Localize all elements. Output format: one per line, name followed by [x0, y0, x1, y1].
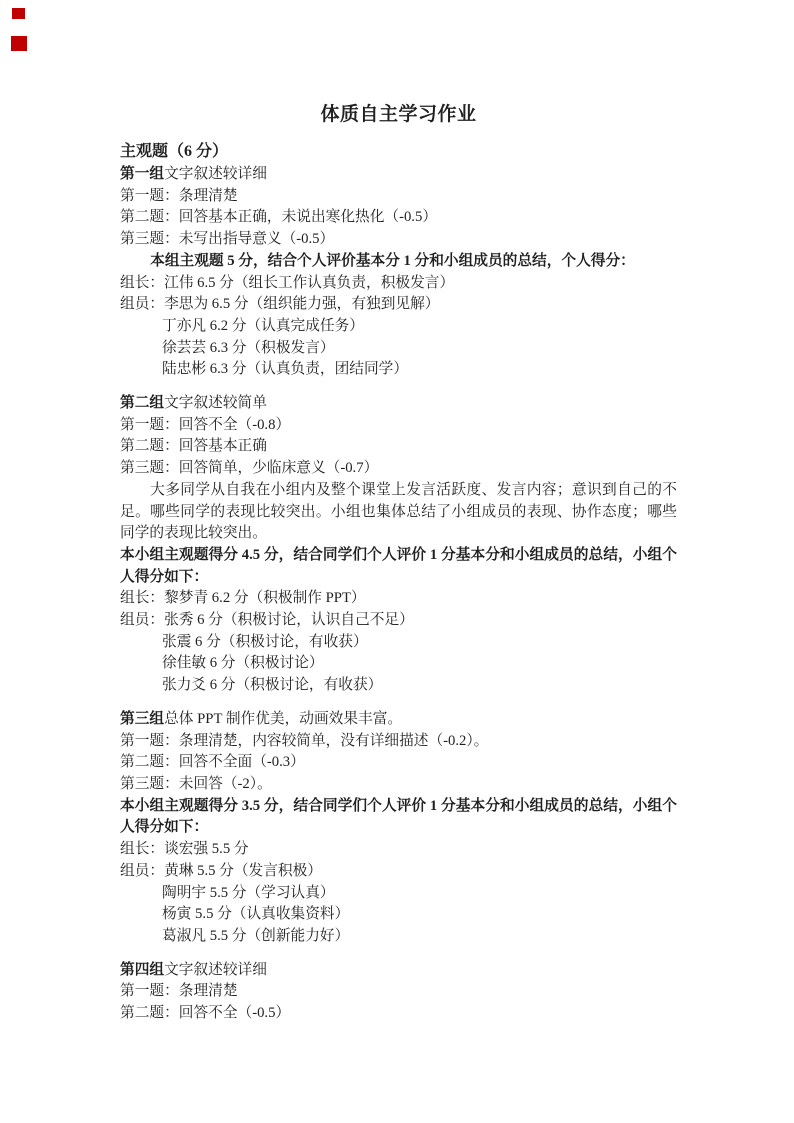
red-corner-mark-icon [11, 36, 27, 51]
group-section: 第一组文字叙述较详细第一题：条理清楚第二题：回答基本正确，未说出寒化热化（-0.… [120, 164, 677, 381]
member-line: 徐芸芸 6.3 分（积极发言） [120, 338, 677, 360]
group-section: 第二组文字叙述较简单第一题：回答不全（-0.8）第二题：回答基本正确第三题：回答… [120, 393, 677, 697]
member-line: 组员：张秀 6 分（积极讨论，认识自己不足） [120, 610, 677, 632]
score-note-line: 本小组主观题得分 4.5 分，结合同学们个人评价 1 分基本分和小组成员的总结，… [120, 545, 677, 588]
document-body: 体质自主学习作业 主观题（6 分） 第一组文字叙述较详细第一题：条理清楚第二题：… [120, 98, 677, 1025]
question-line: 第二题：回答基本正确，未说出寒化热化（-0.5） [120, 207, 677, 229]
group-label-suffix: 文字叙述较简单 [164, 395, 267, 411]
member-line: 张力爻 6 分（积极讨论，有收获） [120, 675, 677, 697]
groups-container: 第一组文字叙述较详细第一题：条理清楚第二题：回答基本正确，未说出寒化热化（-0.… [120, 164, 677, 1025]
page-title: 体质自主学习作业 [120, 98, 677, 132]
group-header-line: 第一组文字叙述较详细 [120, 164, 677, 186]
group-section: 第三组总体 PPT 制作优美，动画效果丰富。第一题：条理清楚，内容较简单，没有详… [120, 709, 677, 948]
question-line: 第二题：回答基本正确 [120, 436, 677, 458]
question-line: 第二题：回答不全面（-0.3） [120, 752, 677, 774]
group-section: 第四组文字叙述较详细第一题：条理清楚第二题：回答不全（-0.5） [120, 960, 677, 1025]
member-line: 组员：李思为 6.5 分（组织能力强，有独到见解） [120, 294, 677, 316]
question-line: 第一题：条理清楚 [120, 981, 677, 1003]
summary-paragraph: 大多同学从自我在小组内及整个课堂上发言活跃度、发言内容；意识到自己的不足。哪些同… [120, 480, 677, 545]
group-label-suffix: 总体 PPT 制作优美，动画效果丰富。 [164, 711, 402, 727]
member-line: 陶明宇 5.5 分（学习认真） [120, 883, 677, 905]
section-heading: 主观题（6 分） [120, 140, 677, 164]
question-line: 第三题：回答简单，少临床意义（-0.7） [120, 458, 677, 480]
group-label: 第三组 [120, 711, 164, 727]
leader-line: 组长：谈宏强 5.5 分 [120, 839, 677, 861]
group-label: 第四组 [120, 962, 164, 978]
member-line: 杨寅 5.5 分（认真收集资料） [120, 904, 677, 926]
document-page: 体质自主学习作业 主观题（6 分） 第一组文字叙述较详细第一题：条理清楚第二题：… [0, 0, 794, 1123]
group-header-line: 第四组文字叙述较详细 [120, 960, 677, 982]
member-line: 丁亦凡 6.2 分（认真完成任务） [120, 316, 677, 338]
group-header-line: 第二组文字叙述较简单 [120, 393, 677, 415]
question-line: 第三题：未回答（-2）。 [120, 774, 677, 796]
question-line: 第二题：回答不全（-0.5） [120, 1003, 677, 1025]
member-line: 徐佳敏 6 分（积极讨论） [120, 653, 677, 675]
member-line: 张震 6 分（积极讨论，有收获） [120, 632, 677, 654]
question-line: 第一题：条理清楚 [120, 186, 677, 208]
question-line: 第三题：未写出指导意义（-0.5） [120, 229, 677, 251]
score-note-line: 本小组主观题得分 3.5 分，结合同学们个人评价 1 分基本分和小组成员的总结，… [120, 796, 677, 839]
question-line: 第一题：回答不全（-0.8） [120, 415, 677, 437]
member-line: 组员：黄琳 5.5 分（发言积极） [120, 861, 677, 883]
member-line: 葛淑凡 5.5 分（创新能力好） [120, 926, 677, 948]
group-label-suffix: 文字叙述较详细 [164, 962, 267, 978]
leader-line: 组长：黎梦青 6.2 分（积极制作 PPT） [120, 588, 677, 610]
group-label-suffix: 文字叙述较详细 [164, 166, 267, 182]
group-label: 第二组 [120, 395, 164, 411]
group-header-line: 第三组总体 PPT 制作优美，动画效果丰富。 [120, 709, 677, 731]
member-line: 陆忠彬 6.3 分（认真负责，团结同学） [120, 359, 677, 381]
leader-line: 组长：江伟 6.5 分（组长工作认真负责，积极发言） [120, 273, 677, 295]
group-label: 第一组 [120, 166, 164, 182]
question-line: 第一题：条理清楚，内容较简单，没有详细描述（-0.2）。 [120, 731, 677, 753]
red-corner-mark-icon [12, 8, 25, 19]
score-note-line: 本组主观题 5 分，结合个人评价基本分 1 分和小组成员的总结，个人得分： [120, 251, 677, 273]
